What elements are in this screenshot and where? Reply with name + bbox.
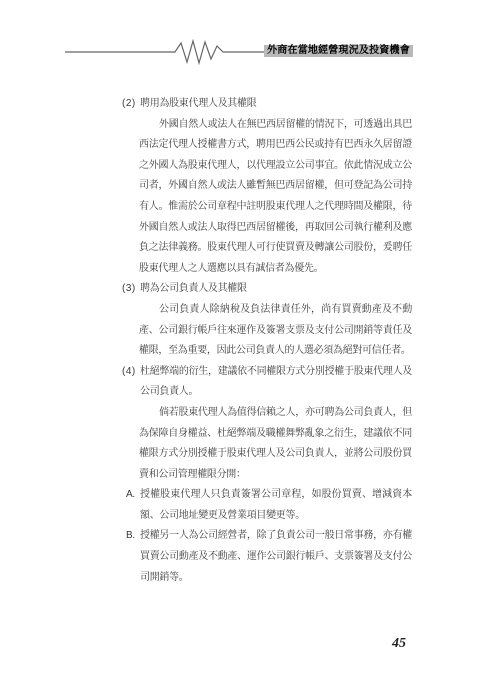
item-heading-row: (3) 聘為公司負責人及其權限 [122, 279, 412, 300]
item-heading-row: (4) 杜絕弊端的衍生，建議依不同權限方式分別授權于股東代理人及公司負責人。 [122, 362, 412, 403]
item-paragraph: 外國自然人或法人在無巴西居留權的情況下，可透過出具巴西法定代理人授權書方式，聘用… [139, 115, 412, 280]
sub-item-letter: A. [126, 485, 140, 526]
document-page: 外商在當地經營現況及投資機會 (2) 聘用為股東代理人及其權限 外國自然人或法人… [0, 0, 480, 679]
sub-item-a: A. 授權股東代理人只負責簽署公司章程，如股份買賣、增減資本額、公司地址變更及營… [126, 485, 412, 526]
sub-item-b: B. 授權另一人為公司經營者，除了負責公司一般日常事務，亦有權買賣公司動產及不動… [126, 526, 412, 588]
chapter-title-bar: 外商在當地經營現況及投資機會 [264, 45, 413, 57]
item-heading: 聘為公司負責人及其權限 [140, 279, 412, 300]
item-heading: 杜絕弊端的衍生，建議依不同權限方式分別授權于股東代理人及公司負責人。 [140, 362, 412, 403]
chapter-title: 外商在當地經營現況及投資機會 [267, 45, 410, 57]
list-item-2: (2) 聘用為股東代理人及其權限 外國自然人或法人在無巴西居留權的情況下，可透過… [122, 94, 412, 279]
sub-item-letter: B. [126, 526, 140, 588]
sub-item-text: 授權另一人為公司經營者，除了負責公司一般日常事務，亦有權買賣公司動產及不動產、運… [140, 526, 412, 588]
item-number: (2) [122, 94, 140, 115]
list-item-4: (4) 杜絕弊端的衍生，建議依不同權限方式分別授權于股東代理人及公司負責人。 倘… [122, 362, 412, 589]
item-paragraph: 倘若股東代理人為值得信賴之人，亦可聘為公司負責人，但為保障自身權益、杜絕弊端及職… [139, 403, 412, 485]
heartbeat-line-icon [65, 38, 267, 68]
list-item-3: (3) 聘為公司負責人及其權限 公司負責人除納稅及負法律責任外，尚有買賣動產及不… [122, 279, 412, 361]
sub-item-text: 授權股東代理人只負責簽署公司章程，如股份買賣、增減資本額、公司地址變更及營業項目… [140, 485, 412, 526]
item-heading-row: (2) 聘用為股東代理人及其權限 [122, 94, 412, 115]
item-heading: 聘用為股東代理人及其權限 [140, 94, 412, 115]
page-number: 45 [392, 636, 406, 652]
item-number: (3) [122, 279, 140, 300]
page-content: (2) 聘用為股東代理人及其權限 外國自然人或法人在無巴西居留權的情況下，可透過… [122, 94, 412, 588]
item-paragraph: 公司負責人除納稅及負法律責任外，尚有買賣動產及不動產、公司銀行帳戶往來運作及簽署… [139, 300, 412, 362]
item-number: (4) [122, 362, 140, 403]
